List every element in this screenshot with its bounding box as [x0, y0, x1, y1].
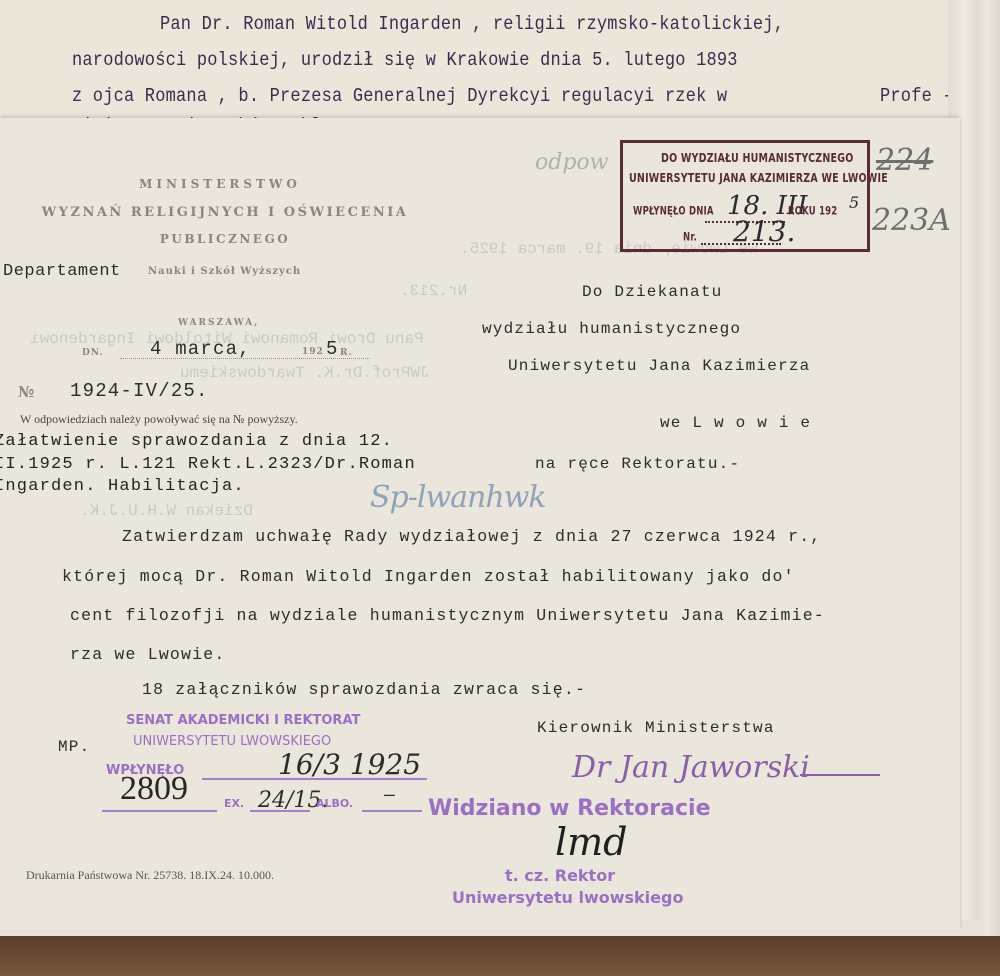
pencil-struck-number: 224	[876, 143, 933, 178]
back-sheet-line: Pan Dr. Roman Witold Ingarden , religii …	[160, 14, 784, 36]
signatory-title: Kierownik Ministerstwa	[537, 719, 775, 737]
back-sheet-line: z ojca Romana , b. Prezesa Generalnej Dy…	[72, 86, 727, 108]
minister-signature: Dr Jan Jaworski	[572, 750, 810, 785]
stamp-received-label: WPŁYNĘŁO DNIA	[633, 205, 714, 219]
reference-note: W odpowiedziach należy powoływać się na …	[20, 412, 298, 427]
date-prefix: DN.	[82, 348, 104, 358]
year-prefix: 192	[302, 347, 324, 357]
back-sheet: Pan Dr. Roman Witold Ingarden , religii …	[0, 0, 1000, 135]
stamp-number: 213.	[733, 215, 795, 248]
body-line: Zatwierdzam uchwałę Rady wydziałowej z d…	[122, 527, 821, 546]
senate-stamp-line: SENAT AKADEMICKI I REKTORAT	[126, 713, 360, 728]
body-line: cent filozofji na wydziale humanistyczny…	[70, 606, 825, 625]
rector-signature: lmd	[555, 820, 628, 864]
subject-line: Ingarden. Habilitacja.	[0, 477, 245, 496]
rector-stamp-line: t. cz. Rektor	[505, 866, 615, 885]
city-label: WARSZAWA,	[178, 318, 259, 328]
senate-received-date: 16/3 1925	[278, 748, 421, 781]
addressee-line: Uniwersytetu Jana Kazimierza	[508, 357, 810, 375]
stamp-year-digit: 5	[849, 193, 859, 212]
year-suffix: R.	[340, 348, 353, 358]
seen-in-rectorate-stamp: Widziano w Rektoracie	[428, 796, 711, 821]
body-line: której mocą Dr. Roman Witold Ingarden zo…	[62, 567, 795, 586]
addressee-line: wydziału humanistycznego	[482, 320, 741, 338]
addressee-line: na ręce Rektoratu.-	[535, 455, 740, 473]
back-sheet-fragment: Profe -	[880, 86, 953, 108]
senate-number-line	[102, 810, 217, 812]
number-symbol: №	[18, 383, 34, 401]
letter-number: 1924-IV/25.	[70, 380, 209, 402]
stamp-number-label: Nr.	[683, 231, 697, 245]
department-label: Departament	[3, 262, 121, 281]
stamp-year-label: ROKU 192	[788, 205, 837, 219]
subject-line: II.1925 r. L.121 Rekt.L.2323/Dr.Roman	[0, 455, 416, 474]
pencil-note: odpow	[535, 150, 609, 175]
back-sheet-line: narodowości polskiej, urodził się w Krak…	[72, 50, 738, 72]
show-through-text: Dziekan W.H.U.J.K.	[80, 502, 253, 520]
letterhead-ministry: MINISTERSTWO	[100, 177, 340, 191]
stamp-line: UNIWERSYTETU JANA KAZIMIERZA WE LWOWIE	[629, 171, 888, 186]
show-through-text: Nr.213.	[400, 282, 467, 300]
body-line: rza we Lwowie.	[70, 645, 225, 664]
senate-albo-value: —	[384, 786, 395, 806]
wooden-table	[0, 936, 1000, 976]
body-line: 18 załączników sprawozdania zwraca się.-	[142, 680, 586, 699]
letter-year: 5	[326, 338, 339, 360]
stamp-line: DO WYDZIAŁU HUMANISTYCZNEGO	[661, 151, 853, 166]
blue-pencil-signature: Sp-lwanhwk	[370, 480, 546, 515]
subject-line: Załatwienie sprawozdania z dnia 12.	[0, 432, 393, 451]
signature-stroke	[800, 774, 880, 776]
pencil-archive-number: 223A	[872, 203, 951, 238]
faculty-registry-stamp: DO WYDZIAŁU HUMANISTYCZNEGO UNIWERSYTETU…	[620, 140, 870, 252]
addressee-line: we L w o w i e	[660, 414, 811, 432]
printer-imprint: Drukarnia Państwowa Nr. 25738. 18.IX.24.…	[26, 868, 274, 883]
senate-entry-number: 2809	[120, 770, 188, 808]
senate-ex-label: EX.	[224, 797, 244, 810]
letter-date: 4 marca,	[150, 338, 251, 360]
letterhead-ministry-name: WYZNAŃ RELIGIJNYCH I OŚWIECENIA	[10, 205, 440, 220]
rector-stamp-line: Uniwersytetu lwowskiego	[452, 888, 683, 907]
addressee-line: Do Dziekanatu	[582, 283, 722, 301]
mp-note: MP.	[58, 738, 90, 756]
senate-stamp-line: UNIWERSYTETU LWOWSKIEGO	[133, 734, 331, 749]
letterhead-public: PUBLICZNEGO	[140, 232, 310, 246]
senate-albo-line	[362, 810, 422, 812]
department-name: Nauki i Szkół Wyższych	[148, 266, 301, 277]
show-through-text: JWProf.Dr.K. Twardowskiemu	[180, 364, 430, 382]
senate-albo-label: ALBO.	[316, 797, 353, 810]
